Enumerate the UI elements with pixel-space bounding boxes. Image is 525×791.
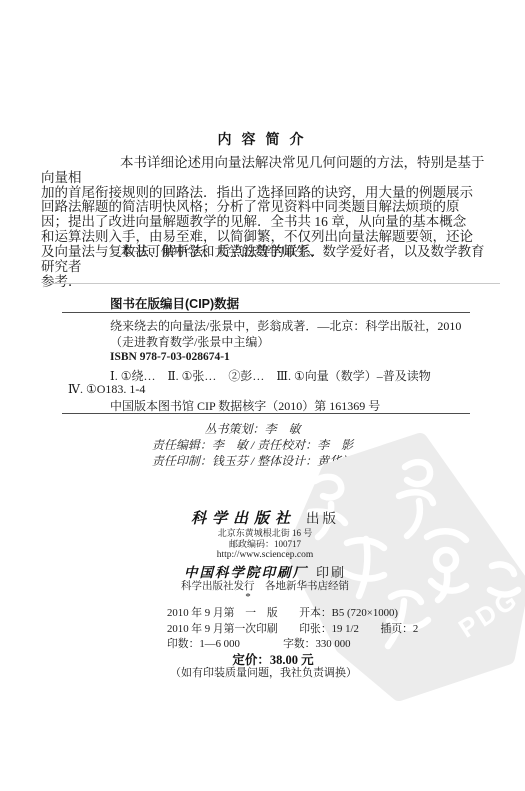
science-press-logo: 科学出版社 xyxy=(191,511,296,527)
cip-classification-line-1: Ⅰ. ①绕… Ⅱ. ①张… ②彭… Ⅲ. ①向量（数学）–普及读物 xyxy=(110,367,431,384)
divider-cip-bottom xyxy=(62,413,470,414)
book-copyright-page: 内容简介 本书详细论述用向量法解决常见几何问题的方法，特别是基于向量相 加的首尾… xyxy=(0,0,525,791)
publish-label: 出版 xyxy=(306,511,339,526)
publisher-url: http://www.sciencep.com xyxy=(0,550,525,560)
publisher-postcode: 邮政编码：100717 xyxy=(0,537,525,550)
cip-isbn: ISBN 978-7-03-028674-1 xyxy=(110,351,230,363)
copies-words-line: 印数：1—6 000 字数：330 000 xyxy=(167,636,351,651)
separator-star: * xyxy=(0,591,496,603)
quality-note-line: （如有印装质量问题，我社负责调换） xyxy=(0,664,525,680)
cip-header: 图书在版编目(CIP)数据 xyxy=(110,294,239,312)
cip-series-line: （走进教育数学/张景中主编） xyxy=(110,333,269,350)
divider-thin-top xyxy=(46,283,500,284)
divider-cip-top xyxy=(62,312,470,313)
intro-title: 内容简介 xyxy=(0,129,525,149)
cip-title-line: 绕来绕去的向量法/张景中，彭翁成著．—北京：科学出版社，2010 xyxy=(110,317,461,334)
impression-line: 2010 年 9 月第一次印刷 印张：19 1/2 插页：2 xyxy=(167,621,418,636)
edition-line: 2010 年 9 月第 一 版 开本：B5 (720×1000) xyxy=(167,605,398,620)
publisher-line: 科学出版社出版 xyxy=(0,507,525,528)
cip-classification-line-2: Ⅳ. ①O183. 1-4 xyxy=(68,382,145,397)
cip-record-number: 中国版本图书馆 CIP 数据核字（2010）第 161369 号 xyxy=(110,397,380,414)
